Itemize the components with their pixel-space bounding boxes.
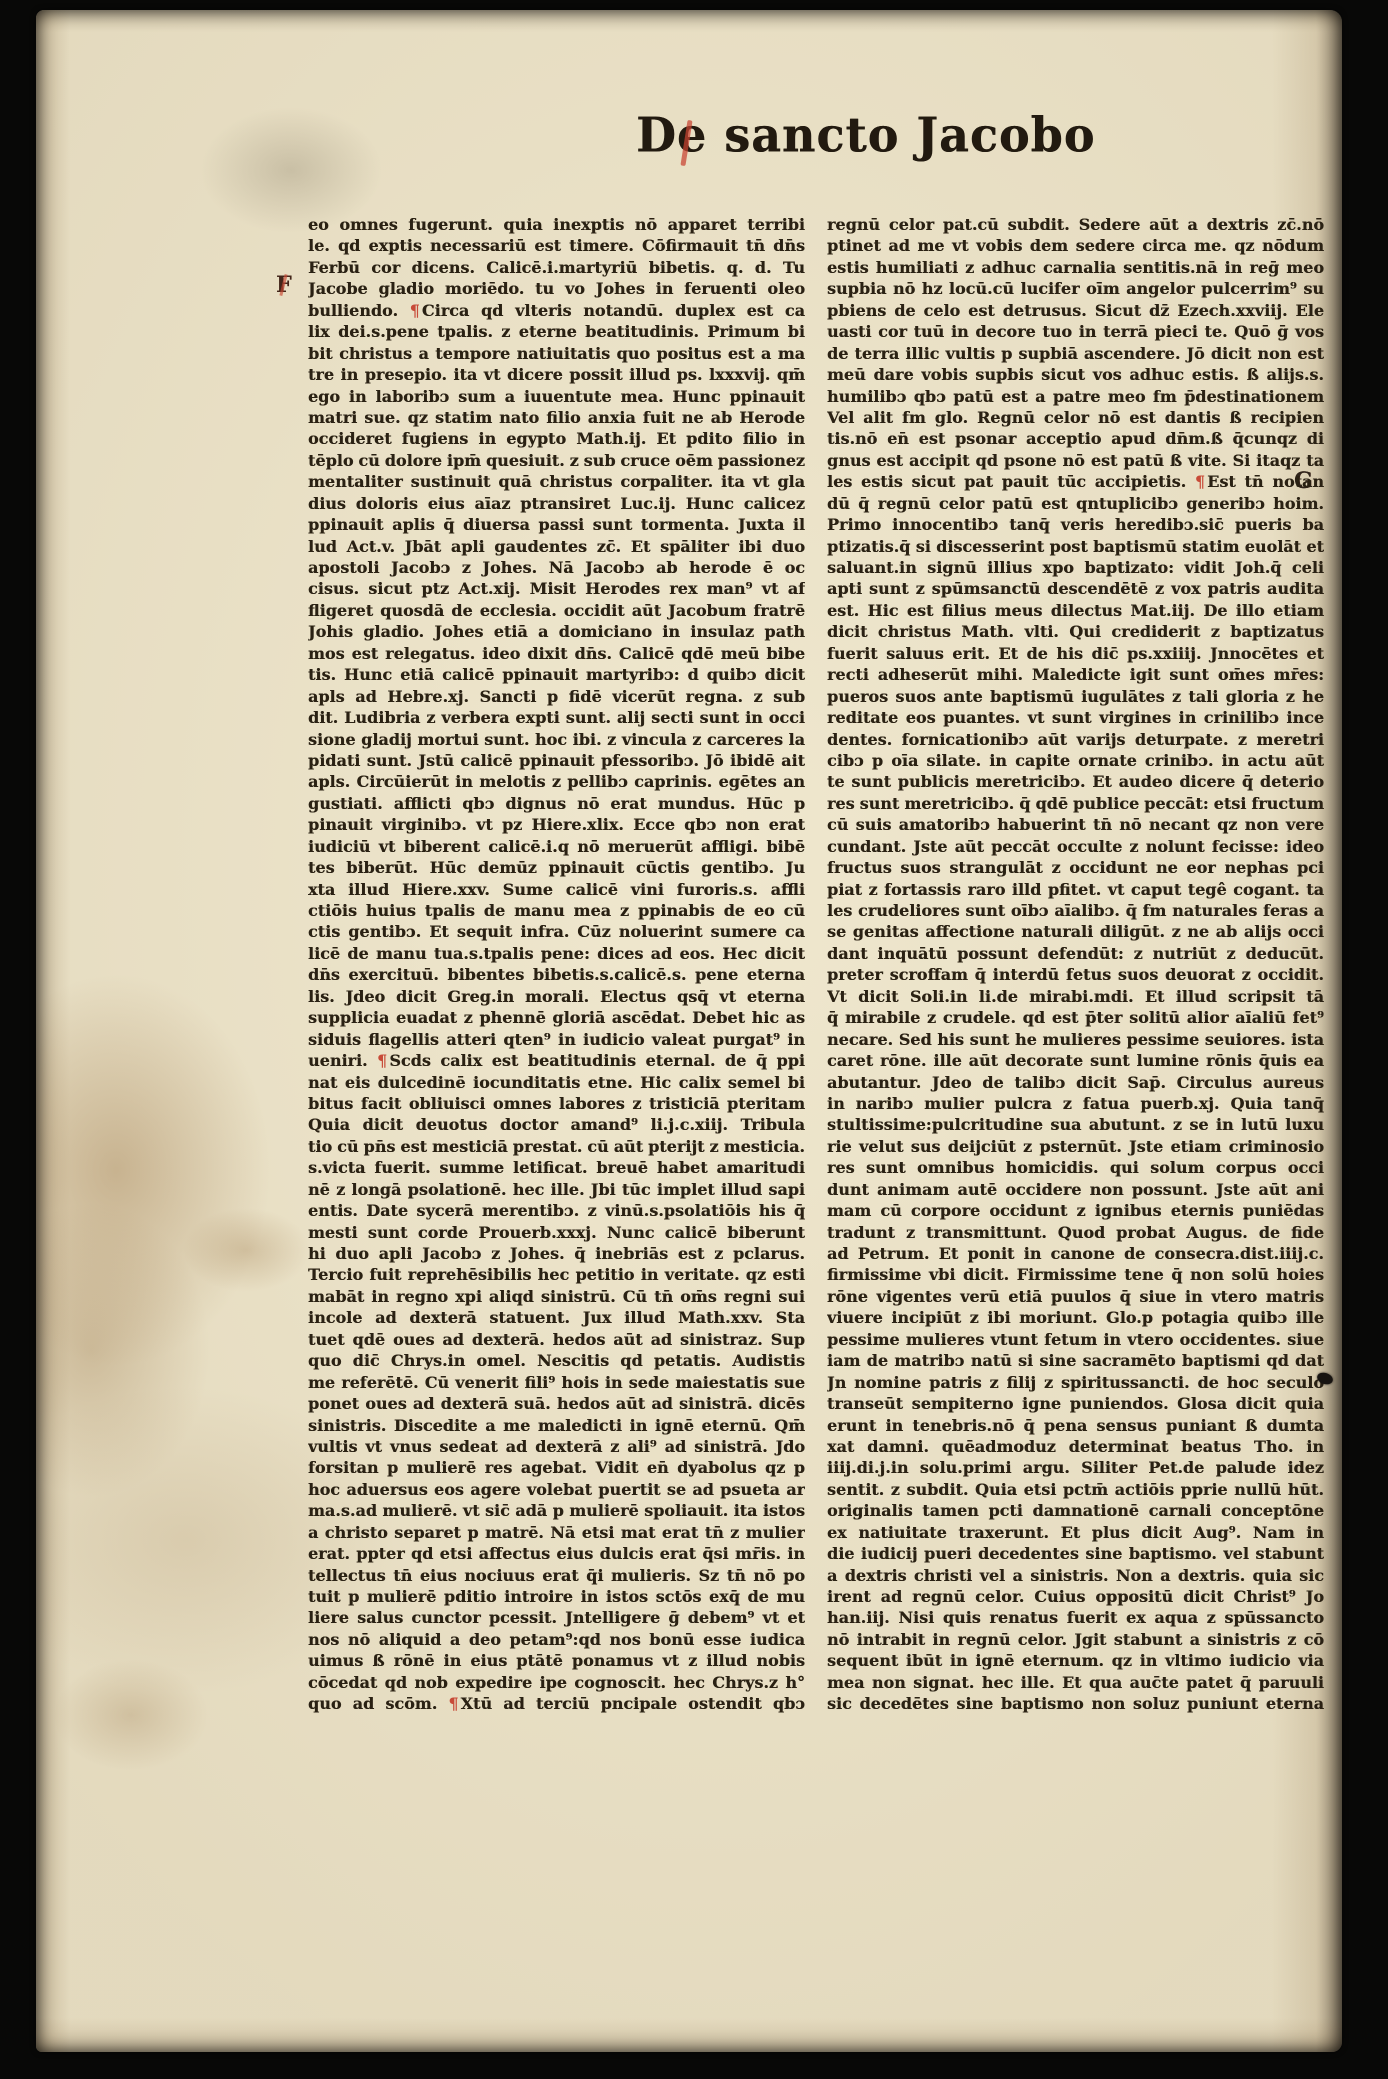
text-line: bitus facit obliuisci omnes labores z tr…: [308, 1093, 805, 1114]
text-line: fligeret quosdā de ecclesia. occidit aūt…: [308, 600, 805, 621]
text-line: originalis tamen pcti damnationē carnali…: [827, 1500, 1324, 1521]
text-line: gnus est accipit qd psone nō est patū ß …: [827, 450, 1324, 471]
text-line: tis.nō en̄ est psonar acceptio apud dn̄m…: [827, 428, 1324, 449]
text-line: uasti cor tuū in decore tuo in terrā pie…: [827, 321, 1324, 342]
text-line: les estis sicut pat pauit tūc accipietis…: [827, 471, 1324, 492]
text-line: te sunt publicis meretricibɔ. Et audeo d…: [827, 771, 1324, 792]
text-line: nos nō aliquid a deo petam⁹:qd nos bonū …: [308, 1629, 805, 1650]
text-line: iam de matribɔ natū si sine sacramēto ba…: [827, 1350, 1324, 1371]
text-line: irent ad regnū celor. Cuius oppositū dic…: [827, 1586, 1324, 1607]
text-line: tre in presepio. ita vt dicere possit il…: [308, 364, 805, 385]
text-line: tis. Hunc etiā calicē ppinauit martyribɔ…: [308, 664, 805, 685]
text-line: Ferbū cor dicens. Calicē.i.martyriū bibe…: [308, 257, 805, 278]
text-line: quo dic̄ Chrys.in omel. Nescitis qd peta…: [308, 1350, 805, 1371]
text-line: transeūt sempiterno igne puniendos. Glos…: [827, 1393, 1324, 1414]
text-line: tellectus tn̄ eius nociuus erat q̄i muli…: [308, 1565, 805, 1586]
text-line: licē de manu tua.s.tpalis pene: dices ad…: [308, 943, 805, 964]
text-line: mos est relegatus. ideo dixit dn̄s. Cali…: [308, 643, 805, 664]
text-line: ppinauit aplis q̄ diuersa passi sunt tor…: [308, 514, 805, 535]
text-line: preter scroffam q̄ interdū fetus suos de…: [827, 964, 1324, 985]
text-line: sione gladij mortui sunt. hoc ibi. z vin…: [308, 729, 805, 750]
text-line: cibɔ p oīa silate. in capite ornate crin…: [827, 750, 1324, 771]
text-line: tio cū pn̄s est mesticiā prestat. cū aūt…: [308, 1136, 805, 1157]
text-line: uimus ß rōnē in eius ptātē ponamus vt z …: [308, 1650, 805, 1671]
text-line: meū dare vobis supbis sicut vos adhuc es…: [827, 364, 1324, 385]
text-line: eo omnes fugerunt. quia inexptis nō appa…: [308, 214, 805, 235]
text-line: Tercio fuit reprehēsibilis hec petitio i…: [308, 1264, 805, 1285]
page-title: De sancto Jacobo: [636, 107, 1076, 163]
text-line: sinistris. Discedite a me maledicti in i…: [308, 1415, 805, 1436]
text-line: siduis flagellis atteri qten⁹ in iudicio…: [308, 1029, 805, 1050]
text-line: fuerit saluus erit. Et de his dic̄ ps.xx…: [827, 643, 1324, 664]
text-line: mea non signat. hec ille. Et qua auc̄te …: [827, 1672, 1324, 1693]
text-line: saluant.in signū illius xpo baptizato: v…: [827, 557, 1324, 578]
text-line: supplicia euadat z phennē gloriā ascēdat…: [308, 1007, 805, 1028]
text-line: q̄ mirabile z crudele. qd est p̄ter soli…: [827, 1007, 1324, 1028]
text-line: tes biberūt. Hūc demūz ppinauit cūctis g…: [308, 857, 805, 878]
text-line: lis. Jdeo dicit Greg.in morali. Electus …: [308, 986, 805, 1007]
text-line: me referētē. Cū venerit fili⁹ hois in se…: [308, 1372, 805, 1393]
text-line: sic decedētes sine baptismo non soluz pu…: [827, 1693, 1324, 1714]
text-line: humilibɔ qbɔ patū est a patre meo fm p̄d…: [827, 386, 1324, 407]
text-line: nē z longā psolationē. hec ille. Jbi tūc…: [308, 1179, 805, 1200]
text-line: stultissime:pulcritudine sua abutunt. z …: [827, 1114, 1324, 1135]
text-line: han.iij. Nisi quis renatus fuerit ex aqu…: [827, 1607, 1324, 1628]
text-line: Vt dicit Soli.in li.de mirabi.mdi. Et il…: [827, 986, 1324, 1007]
text-line: ctis gentibɔ. Et sequit infra. Cūz nolue…: [308, 921, 805, 942]
text-column-left: eo omnes fugerunt. quia inexptis nō appa…: [308, 214, 805, 1715]
text-line: se genitas affectione naturali diligūt. …: [827, 921, 1324, 942]
text-line: mentaliter sustinuit quā christus corpal…: [308, 471, 805, 492]
text-line: ad Petrum. Et ponit in canone de consecr…: [827, 1243, 1324, 1264]
text-line: abutantur. Jdeo de talibɔ dicit Sap̄. Ci…: [827, 1072, 1324, 1093]
text-line: apls ad Hebre.xj. Sancti p fidē vicerūt …: [308, 686, 805, 707]
text-line: mam cū corpore occidunt z ignibus eterni…: [827, 1200, 1324, 1221]
text-line: forsitan p mulierē res agebat. Vidit en̄…: [308, 1457, 805, 1478]
text-line: apti sunt z spūmsanctū descendētē z vox …: [827, 578, 1324, 599]
text-line: pinauit virginibɔ. vt pz Hiere.xlix. Ecc…: [308, 814, 805, 835]
text-line: ponet oues ad dexterā suā. hedos aūt ad …: [308, 1393, 805, 1414]
text-line: mabāt in regno xpi aliqd sinistrū. Cū tn…: [308, 1286, 805, 1307]
text-line: entis. Date sycerā merentibɔ. z vinū.s.p…: [308, 1200, 805, 1221]
text-line: nō intrabit in regnū celor. Jgit stabunt…: [827, 1629, 1324, 1650]
text-line: dit. Ludibria z verbera expti sunt. alij…: [308, 707, 805, 728]
text-line: tuit p mulierē pditio introire in istos …: [308, 1586, 805, 1607]
text-line: pueros suos ante baptismū iugulātes z ta…: [827, 686, 1324, 707]
text-line: tēplo cū dolore ipm̄ quesiuit. z sub cru…: [308, 450, 805, 471]
text-line: pessime mulieres vtunt fetum in vtero oc…: [827, 1329, 1324, 1350]
text-line: s.victa fuerit. summe letificat. breuē h…: [308, 1157, 805, 1178]
text-line: ego in laboribɔ sum a iuuentute mea. Hun…: [308, 386, 805, 407]
text-line: fructus suos strangulāt z occidunt ne eo…: [827, 857, 1324, 878]
text-line: bit christus a tempore natiuitatis quo p…: [308, 343, 805, 364]
capitulum-mark: ¶: [448, 1694, 460, 1713]
text-line: Primo innocentibɔ tanq̄ veris heredibɔ.s…: [827, 514, 1324, 535]
text-line: tradunt z transmittunt. Quod probat Augu…: [827, 1222, 1324, 1243]
text-line: recti adheserūt mihi. Maledicte igit sun…: [827, 664, 1324, 685]
text-line: viuere incipiūt z ibi moriunt. Glo.p pot…: [827, 1307, 1324, 1328]
text-line: supbia nō hz locū.cū lucifer oīm angelor…: [827, 278, 1324, 299]
book-page: De sancto Jacobo F G eo omnes fugerunt. …: [36, 10, 1342, 2052]
text-line: dentes. fornicationibɔ aūt varijs deturp…: [827, 729, 1324, 750]
text-line: nat eis dulcedinē iocunditatis etne. Hic…: [308, 1072, 805, 1093]
text-line: lix dei.s.pene tpalis. z eterne beatitud…: [308, 321, 805, 342]
text-line: tuet qdē oues ad dexterā. hedos aūt ad s…: [308, 1329, 805, 1350]
text-line: die iudicij pueri decedentes sine baptis…: [827, 1543, 1324, 1564]
text-line: xta illud Hiere.xxv. Sume calicē vini fu…: [308, 879, 805, 900]
text-line: hi duo apli Jacobɔ z Johes. q̄ inebriās …: [308, 1243, 805, 1264]
text-line: ex natiuitate traxerunt. Et plus dicit A…: [827, 1522, 1324, 1543]
text-line: erat. ppter qd etsi affectus eius dulcis…: [308, 1543, 805, 1564]
text-line: mesti sunt corde Prouerb.xxxj. Nunc cali…: [308, 1222, 805, 1243]
text-line: piat z fortassis raro illd pfitet. vt ca…: [827, 879, 1324, 900]
text-line: sentit. z subdit. Quia etsi pctm̄ actiōi…: [827, 1479, 1324, 1500]
text-line: dant inquātū possunt defendūt: z nutriūt…: [827, 943, 1324, 964]
text-line: les crudeliores sunt oībɔ aīalibɔ. q̄ fm…: [827, 900, 1324, 921]
capitulum-mark: ¶: [1195, 472, 1207, 491]
capitulum-mark: ¶: [410, 301, 422, 320]
text-line: ctiōis huius tpalis de manu mea z ppinab…: [308, 900, 805, 921]
text-line: quo ad scōm. ¶Xtū ad terciū pncipale ost…: [308, 1693, 805, 1714]
text-line: Quia dicit deuotus doctor amand⁹ li.j.c.…: [308, 1114, 805, 1135]
text-line: ptizatis.q̄ si discesserint post baptism…: [827, 536, 1324, 557]
text-line: Vel alit fm glo. Regnū celor nō est dant…: [827, 407, 1324, 428]
text-line: dunt animam autē occidere non possunt. J…: [827, 1179, 1324, 1200]
text-line: incole ad dexterā statuent. Jux illud Ma…: [308, 1307, 805, 1328]
text-line: xat damni. quēadmoduz determinat beatus …: [827, 1436, 1324, 1457]
text-line: iudiciū vt biberent calicē.i.q nō meruer…: [308, 836, 805, 857]
text-line: cundant. Jste aūt peccāt occulte z nolun…: [827, 836, 1324, 857]
text-line: erunt in tenebris.nō q̄ pena sensus puni…: [827, 1415, 1324, 1436]
text-line: cisus. sicut ptz Act.xij. Misit Herodes …: [308, 578, 805, 599]
text-line: iiij.di.j.in solu.primi argu. Siliter Pe…: [827, 1457, 1324, 1478]
text-line: pidati sunt. Jstū calicē ppinauit pfesso…: [308, 750, 805, 771]
text-line: a christo separet p matrē. Nā etsi mat e…: [308, 1522, 805, 1543]
text-line: Jacobe gladio moriēdo. tu vo Johes in fe…: [308, 278, 805, 299]
text-line: le. qd exptis necessariū est timere. Cōf…: [308, 235, 805, 256]
text-line: a dextris christi vel a sinistris. Non a…: [827, 1565, 1324, 1586]
text-line: ueniri. ¶Scds calix est beatitudinis ete…: [308, 1050, 805, 1071]
text-line: Jn nomine patris z filij z spiritussanct…: [827, 1372, 1324, 1393]
text-line: dn̄s exercituū. bibentes bibetis.s.calic…: [308, 964, 805, 985]
text-line: dū q̄ regnū celor patū est qntuplicibɔ g…: [827, 493, 1324, 514]
text-line: lud Act.v. Jbāt apli gaudentes zc̄. Et s…: [308, 536, 805, 557]
text-line: res sunt omnibus homicidis. qui solum co…: [827, 1157, 1324, 1178]
text-line: necare. Sed his sunt he mulieres pessime…: [827, 1029, 1324, 1050]
text-line: dicit christus Math. vlti. Qui credideri…: [827, 621, 1324, 642]
text-line: cōcedat qd nob expedire ipe cognoscit. h…: [308, 1672, 805, 1693]
text-line: liere salus cunctor pcessit. Jntelligere…: [308, 1607, 805, 1628]
text-line: ptinet ad me vt vobis dem sedere circa m…: [827, 235, 1324, 256]
text-line: res sunt meretricibɔ. q̄ qdē publice pec…: [827, 793, 1324, 814]
text-line: matri sue. qz statim nato filio anxia fu…: [308, 407, 805, 428]
text-line: pbiens de celo est detrusus. Sicut dz̄ E…: [827, 300, 1324, 321]
text-line: cū suis amatoribɔ habuerint tn̄ nō necan…: [827, 814, 1324, 835]
text-line: apostoli Jacobɔ z Johes. Nā Jacobɔ ab he…: [308, 557, 805, 578]
text-line: rōne vigentes verū etiā puulos q̄ siue i…: [827, 1286, 1324, 1307]
text-line: Johis gladio. Johes etiā a domiciano in …: [308, 621, 805, 642]
text-line: gustiati. afflicti qbɔ dignus nō erat mu…: [308, 793, 805, 814]
text-line: ma.s.ad mulierē. vt sic̄ adā p mulierē s…: [308, 1500, 805, 1521]
text-line: regnū celor pat.cū subdit. Sedere aūt a …: [827, 214, 1324, 235]
text-line: rie velut sus deijciūt z psternūt. Jste …: [827, 1136, 1324, 1157]
text-line: occideret fugiens in egypto Math.ij. Et …: [308, 428, 805, 449]
text-column-right: regnū celor pat.cū subdit. Sedere aūt a …: [827, 214, 1324, 1715]
text-line: vultis vt vnus sedeat ad dexterā z ali⁹ …: [308, 1436, 805, 1457]
text-line: est. Hic est filius meus dilectus Mat.ii…: [827, 600, 1324, 621]
text-line: apls. Circūierūt in melotis z pellibɔ ca…: [308, 771, 805, 792]
text-line: dius doloris eius aīaz ptransiret Luc.ij…: [308, 493, 805, 514]
text-line: in naribɔ mulier pulcra z fatua puerb.xj…: [827, 1093, 1324, 1114]
text-line: sequent ibūt in ignē eternum. qz in vlti…: [827, 1650, 1324, 1671]
text-line: firmissime vbi dicit. Firmissime tene q̄…: [827, 1264, 1324, 1285]
text-line: reditate eos puantes. vt sunt virgines i…: [827, 707, 1324, 728]
capitulum-mark: ¶: [377, 1051, 389, 1070]
text-line: hoc aduersus eos agere volebat puertit s…: [308, 1479, 805, 1500]
text-line: estis humiliati z adhuc carnalia sentiti…: [827, 257, 1324, 278]
text-line: bulliendo. ¶Circa qd vlteris notandū. du…: [308, 300, 805, 321]
text-line: de terra illic vultis p supbiā ascendere…: [827, 343, 1324, 364]
text-line: caret rōne. ille aūt decorate sunt lumin…: [827, 1050, 1324, 1071]
